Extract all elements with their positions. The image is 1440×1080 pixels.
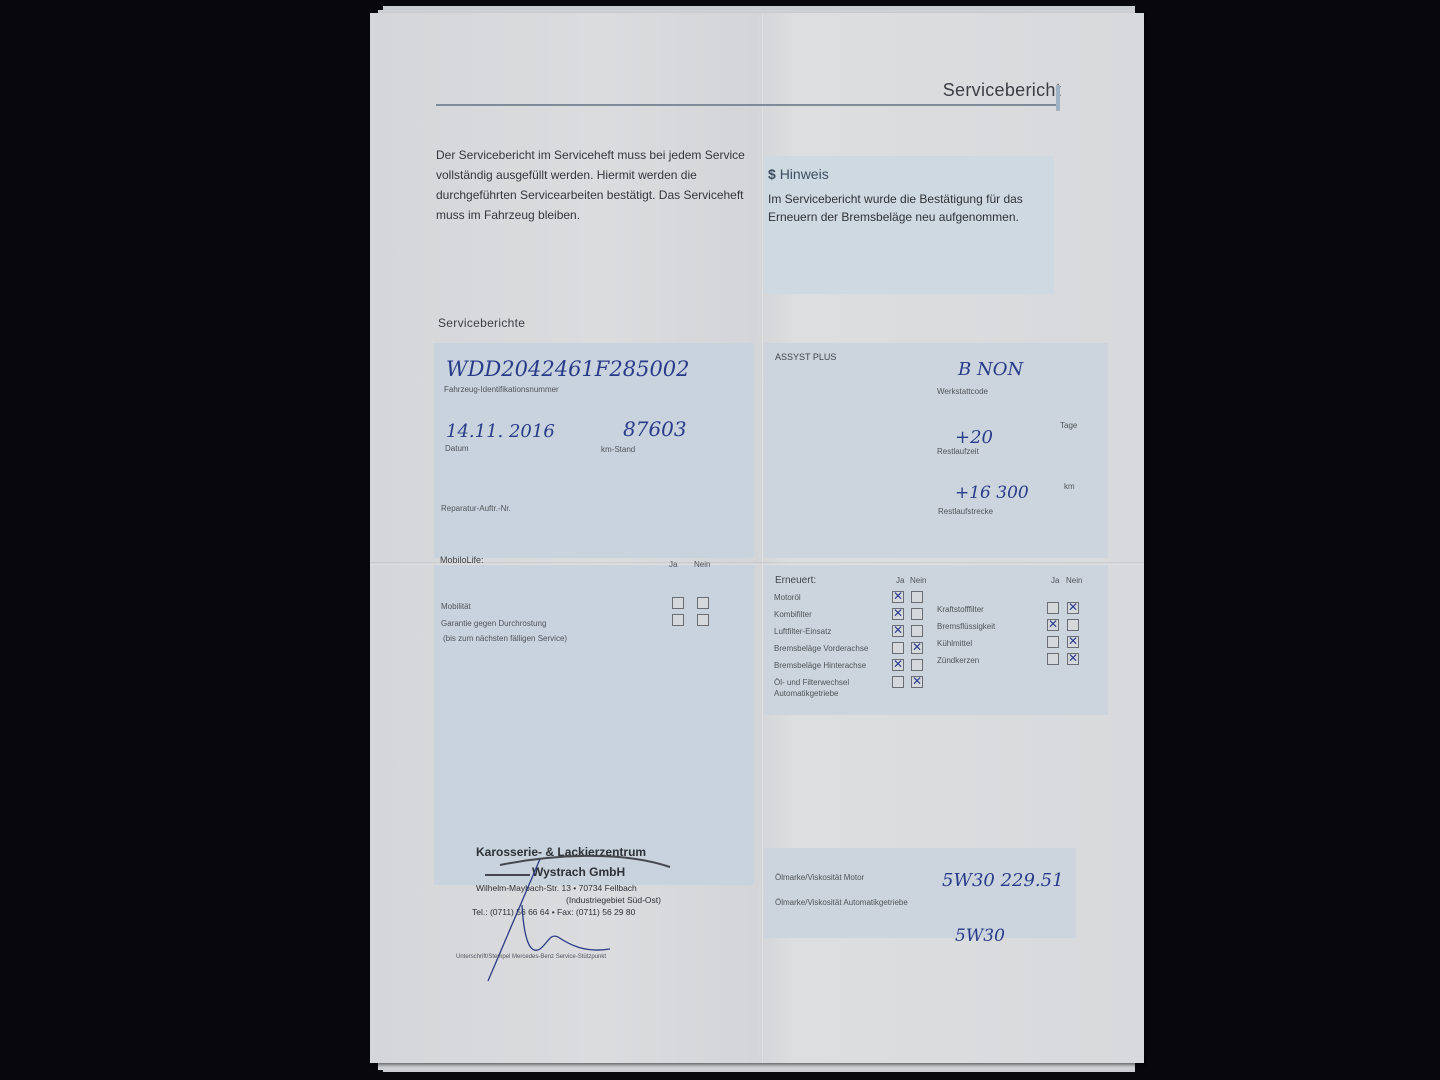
kraftstofffilter-ja-checkbox[interactable] — [1047, 602, 1059, 614]
erneuert-item-label: Öl- und Filterwechsel — [774, 678, 849, 687]
vin-value: WDD2042461F285002 — [446, 357, 690, 381]
öl-und-filterwechsel-nein-checkbox[interactable] — [911, 676, 923, 688]
restlaufstrecke-value: +16 300 — [955, 483, 1029, 503]
datum-value: 14.11. 2016 — [446, 421, 555, 442]
intro-text: Der Servicebericht im Serviceheft muss b… — [436, 145, 746, 225]
erneuert-title: Erneuert: — [775, 575, 816, 586]
oil-getriebe-label: Ölmarke/Viskosität Automatikgetriebe — [775, 898, 908, 907]
restlaufzeit-label: Restlaufzeit — [937, 447, 979, 456]
mobilolife-band — [434, 565, 754, 885]
bremsbeläge-hinterachse-nein-checkbox[interactable] — [911, 659, 923, 671]
hint-heading: $ Hinweis — [768, 166, 829, 182]
mobilolife-ja-header: Ja — [669, 560, 677, 569]
erneuert-nein-header-right: Nein — [1066, 576, 1082, 585]
zündkerzen-nein-checkbox[interactable] — [1067, 653, 1079, 665]
erneuert-item-label: Kombifilter — [774, 610, 812, 619]
erneuert-item-label: Kühlmittel — [937, 639, 972, 648]
signature-label: Unterschrift/Stempel Mercedes-Benz Servi… — [456, 954, 606, 960]
erneuert-ja-header-left: Ja — [896, 576, 904, 585]
mobilitaet-label: Mobilität — [441, 602, 471, 611]
km-value: 87603 — [623, 417, 687, 441]
erneuert-ja-header-right: Ja — [1051, 576, 1059, 585]
page-title: Servicebericht — [943, 80, 1061, 101]
oil-getriebe-value: 5W30 — [955, 926, 1005, 946]
erneuert-item-label-2: Automatikgetriebe — [774, 689, 838, 698]
oil-motor-value: 5W30 229.51 — [942, 870, 1064, 891]
luftfilter-einsatz-ja-checkbox[interactable] — [892, 625, 904, 637]
bremsbeläge-vorderachse-nein-checkbox[interactable] — [911, 642, 923, 654]
werkstatt-label: Werkstattcode — [937, 387, 988, 396]
luftfilter-einsatz-nein-checkbox[interactable] — [911, 625, 923, 637]
oil-motor-label: Ölmarke/Viskosität Motor — [775, 873, 864, 882]
kombifilter-nein-checkbox[interactable] — [911, 608, 923, 620]
km-label: km-Stand — [601, 445, 635, 454]
werkstatt-value: B NON — [958, 359, 1023, 380]
zündkerzen-ja-checkbox[interactable] — [1047, 653, 1059, 665]
erneuert-item-label: Bremsbeläge Vorderachse — [774, 644, 868, 653]
bremsbeläge-hinterachse-ja-checkbox[interactable] — [892, 659, 904, 671]
erneuert-item-label: Bremsflüssigkeit — [937, 622, 995, 631]
erneuert-item-label: Motoröl — [774, 593, 801, 602]
bremsflüssigkeit-ja-checkbox[interactable] — [1047, 619, 1059, 631]
hint-text: Im Servicebericht wurde die Bestätigung … — [768, 190, 1048, 226]
mobilitaet-ja-checkbox[interactable] — [672, 597, 684, 609]
kühlmittel-nein-checkbox[interactable] — [1067, 636, 1079, 648]
öl-und-filterwechsel-ja-checkbox[interactable] — [892, 676, 904, 688]
hint-box: $ Hinweis Im Servicebericht wurde die Be… — [764, 156, 1054, 294]
field-band-right — [764, 343, 1108, 558]
kühlmittel-ja-checkbox[interactable] — [1047, 636, 1059, 648]
kombifilter-ja-checkbox[interactable] — [892, 608, 904, 620]
erneuert-item-label: Zündkerzen — [937, 656, 979, 665]
mobilitaet-nein-checkbox[interactable] — [697, 597, 709, 609]
erneuert-nein-header-left: Nein — [910, 576, 926, 585]
garantie-label: Garantie gegen Durchrostung — [441, 619, 546, 628]
garantie-nein-checkbox[interactable] — [697, 614, 709, 626]
oil-band — [764, 848, 1076, 938]
header-rule — [436, 104, 1056, 106]
restlaufstrecke-unit: km — [1064, 482, 1075, 491]
service-report-page: Servicebericht Der Servicebericht im Ser… — [370, 13, 1144, 1063]
vin-label: Fahrzeug-Identifikationsnummer — [444, 385, 559, 394]
motoröl-nein-checkbox[interactable] — [911, 591, 923, 603]
restlaufstrecke-label: Restlaufstrecke — [938, 507, 993, 516]
restlaufzeit-value: +20 — [955, 427, 993, 448]
erneuert-item-label: Luftfilter-Einsatz — [774, 627, 831, 636]
reparatur-label: Reparatur-Auftr.-Nr. — [441, 504, 511, 513]
mobilolife-note: (bis zum nächsten fälligen Service) — [443, 634, 567, 643]
hint-icon: $ — [768, 166, 780, 182]
section-title: Serviceberichte — [438, 316, 525, 330]
bremsflüssigkeit-nein-checkbox[interactable] — [1067, 619, 1079, 631]
motoröl-ja-checkbox[interactable] — [892, 591, 904, 603]
assyst-label: ASSYST PLUS — [775, 352, 836, 362]
erneuert-item-label: Bremsbeläge Hinterachse — [774, 661, 866, 670]
title-accent-bar — [1056, 85, 1060, 111]
datum-label: Datum — [445, 444, 469, 453]
signature-icon — [470, 845, 710, 985]
mobilolife-title: MobiloLife: — [440, 555, 484, 565]
erneuert-item-label: Kraftstofffilter — [937, 605, 984, 614]
bremsbeläge-vorderachse-ja-checkbox[interactable] — [892, 642, 904, 654]
mobilolife-nein-header: Nein — [694, 560, 710, 569]
kraftstofffilter-nein-checkbox[interactable] — [1067, 602, 1079, 614]
restlaufzeit-unit: Tage — [1060, 421, 1077, 430]
vertical-fold — [761, 13, 763, 1063]
garantie-ja-checkbox[interactable] — [672, 614, 684, 626]
